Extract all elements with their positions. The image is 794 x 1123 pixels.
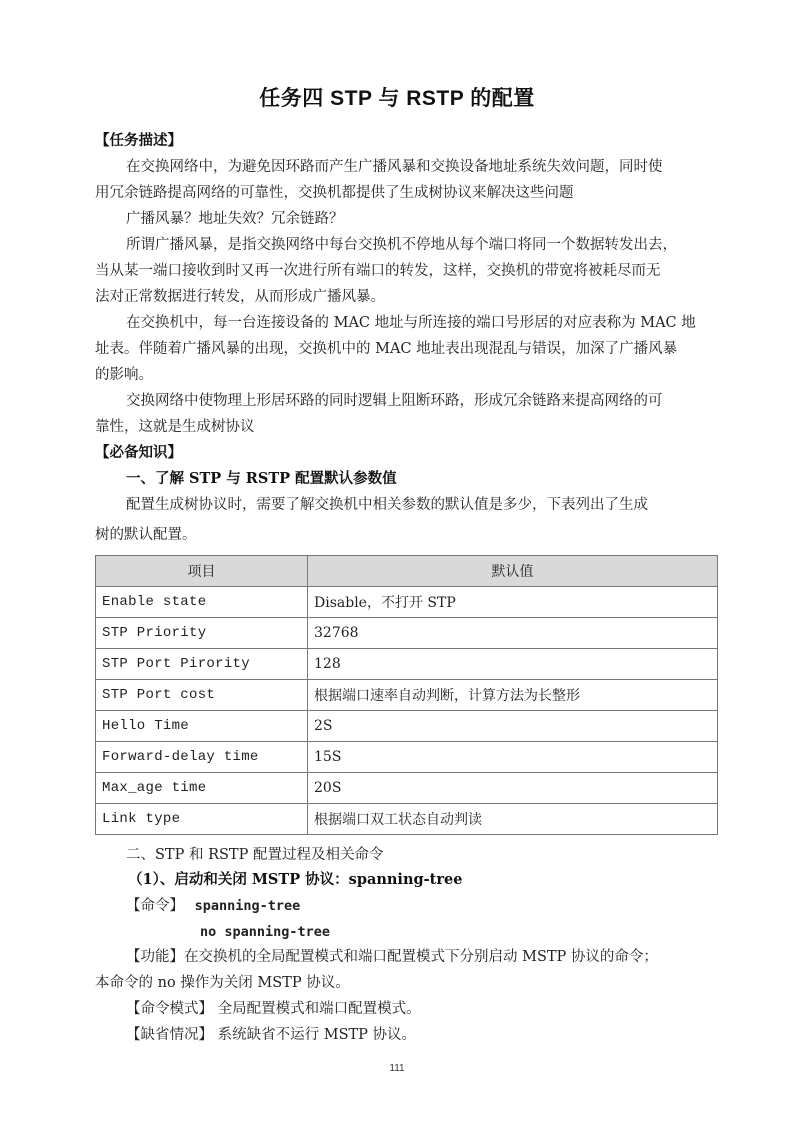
param-name: Link type [96,804,308,835]
table-row: STP Port cost 根据端口速率自动判断，计算方法为长整形 [96,680,718,711]
param-value: 根据端口速率自动判断，计算方法为长整形 [308,680,718,711]
table-row: STP Priority 32768 [96,618,718,649]
paragraph-4-line-3: 的影响。 [95,365,725,385]
param-name: STP Priority [96,618,308,649]
table-header-row: 项目 默认值 [96,556,718,587]
table-intro-line-1: 配置生成树协议时，需要了解交换机中相关参数的默认值是多少，下表列出了生成 [126,495,726,515]
table-row: Enable state Disable，不打开 STP [96,587,718,618]
default-params-table: 项目 默认值 Enable state Disable，不打开 STP STP … [95,555,718,835]
paragraph-4-line-2: 址表。伴随着广播风暴的出现，交换机中的 MAC 地址表出现混乱与错误，加深了广播… [95,339,725,359]
table-row: Link type 根据端口双工状态自动判读 [96,804,718,835]
command-label: 【命令】 [126,898,184,914]
command-mode: 【命令模式】 全局配置模式和端口配置模式。 [126,999,726,1019]
table-row: STP Port Pirority 128 [96,649,718,680]
function-line-2: 本命令的 no 操作为关闭 MSTP 协议。 [95,973,725,993]
command-enable: spanning-tree [195,898,301,914]
subsection-2-heading: 二、STP 和 RSTP 配置过程及相关命令 [126,845,726,865]
param-name: Forward-delay time [96,742,308,773]
param-value: 128 [308,649,718,680]
function-line-1: 【功能】在交换机的全局配置模式和端口配置模式下分别启动 MSTP 协议的命令； [126,947,726,967]
command-disable: no spanning-tree [200,922,794,942]
paragraph-3-line-1: 所谓广播风暴，是指交换网络中每台交换机不停地从每个端口将同一个数据转发出去， [126,235,726,255]
paragraph-3-line-2: 当从某一端口接收到时又再一次进行所有端口的转发，这样，交换机的带宽将被耗尽而无 [95,261,725,281]
param-value: 20S [308,773,718,804]
param-value: Disable，不打开 STP [308,587,718,618]
param-name: STP Port Pirority [96,649,308,680]
paragraph-2: 广播风暴？地址失效？冗余链路？ [126,209,726,229]
param-name: Enable state [96,587,308,618]
page-number: 111 [0,1063,794,1074]
param-value: 根据端口双工状态自动判读 [308,804,718,835]
default-status: 【缺省情况】 系统缺省不运行 MSTP 协议。 [126,1025,726,1045]
param-name: Max_age time [96,773,308,804]
subsection-1-heading: 一、了解 STP 与 RSTP 配置默认参数值 [126,469,726,489]
header-default-value: 默认值 [308,556,718,587]
param-value: 2S [308,711,718,742]
table-row: Forward-delay time 15S [96,742,718,773]
param-value: 32768 [308,618,718,649]
paragraph-5-line-1: 交换网络中使物理上形居环路的同时逻辑上阻断环路，形成冗余链路来提高网络的可 [126,391,726,411]
knowledge-heading: 【必备知识】 [95,443,725,463]
paragraph-1-line-1: 在交换网络中，为避免因环路而产生广播风暴和交换设备地址系统失效问题，同时使 [126,157,726,177]
param-value: 15S [308,742,718,773]
page-title: 任务四 STP 与 RSTP 的配置 [0,82,794,112]
task-description-heading: 【任务描述】 [95,131,725,151]
table-row: Max_age time 20S [96,773,718,804]
command-block: 【命令】 spanning-tree [126,896,726,916]
table-intro-line-2: 树的默认配置。 [95,525,725,545]
document-page: 任务四 STP 与 RSTP 的配置 【任务描述】 在交换网络中，为避免因环路而… [0,0,794,1123]
command-1-heading: （1）、启动和关闭 MSTP 协议：spanning-tree [128,870,758,890]
paragraph-1-line-2: 用冗余链路提高网络的可靠性，交换机都提供了生成树协议来解决这些问题 [95,183,725,203]
param-name: STP Port cost [96,680,308,711]
paragraph-3-line-3: 法对正常数据进行转发，从而形成广播风暴。 [95,287,725,307]
paragraph-5-line-2: 靠性，这就是生成树协议 [95,417,725,437]
table-row: Hello Time 2S [96,711,718,742]
paragraph-4-line-1: 在交换机中，每一台连接设备的 MAC 地址与所连接的端口号形居的对应表称为 MA… [126,313,726,333]
header-item: 项目 [96,556,308,587]
param-name: Hello Time [96,711,308,742]
